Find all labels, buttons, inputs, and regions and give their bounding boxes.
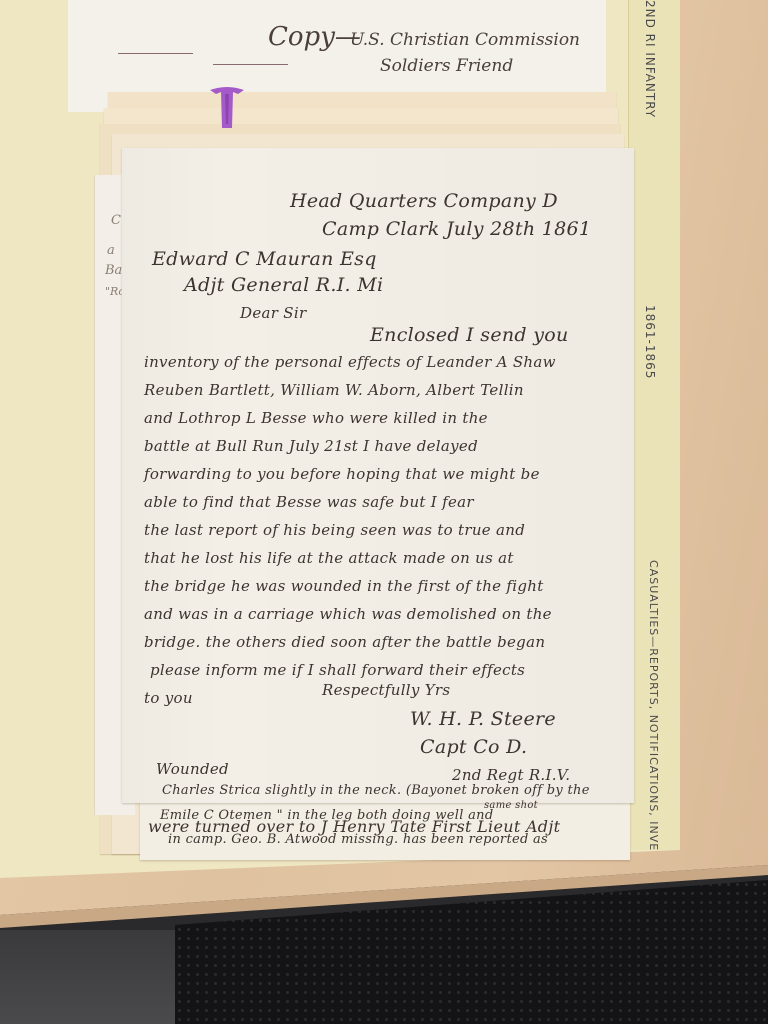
- folder-label-years: 1861-1865: [643, 305, 657, 379]
- letter-signature-rank: Capt Co D.: [420, 736, 527, 758]
- letter-body-line: battle at Bull Run July 21st I have dela…: [144, 437, 478, 455]
- paper-clip-icon: [208, 86, 246, 130]
- side-mark: Ba: [105, 263, 122, 278]
- copy-heading-line2: Soldiers Friend: [380, 56, 513, 76]
- folder-label-unit: 2ND RI INFANTRY: [643, 0, 657, 118]
- copy-heading-line1: U.S. Christian Commission: [350, 30, 580, 50]
- postscript-line: in camp. Geo. B. Atwood missing. has bee…: [168, 832, 548, 847]
- letter-body-line: and was in a carriage which was demolish…: [144, 605, 552, 623]
- letter-header-line2: Camp Clark July 28th 1861: [322, 218, 591, 240]
- letter-addressee-line2: Adjt General R.I. Mi: [184, 274, 383, 296]
- letter-body-line: forwarding to you before hoping that we …: [144, 465, 540, 483]
- letter-body-line: bridge. the others died soon after the b…: [144, 633, 545, 651]
- letter-body-line: please inform me if I shall forward thei…: [150, 661, 525, 679]
- postscript-heading: Wounded: [156, 760, 229, 778]
- letter-salutation: Dear Sir: [240, 304, 306, 322]
- letter-body-line: the last report of his being seen was to…: [144, 521, 525, 539]
- letter-closing: Respectfully Yrs: [322, 681, 450, 699]
- copy-mark: Copy—: [268, 22, 361, 52]
- handwritten-letter: Head Quarters Company D Camp Clark July …: [122, 148, 634, 803]
- side-mark: a: [107, 243, 115, 258]
- postscript-line: Emile C Otemen " in the leg both doing w…: [160, 808, 493, 823]
- letter-signature-unit: 2nd Regt R.I.V.: [452, 766, 570, 784]
- letter-body-line: able to find that Besse was safe but I f…: [144, 493, 474, 511]
- letter-signature-name: W. H. P. Steere: [410, 708, 556, 730]
- floor: [0, 930, 175, 1024]
- letter-body-line: Reuben Bartlett, William W. Aborn, Alber…: [144, 381, 524, 399]
- postscript-line: Charles Strica slightly in the neck. (Ba…: [162, 783, 590, 798]
- letter-body-line: inventory of the personal effects of Lea…: [144, 353, 556, 371]
- underlying-letter-bottom: were turned over to J Henry Tate First L…: [140, 795, 630, 860]
- side-mark: C: [111, 213, 121, 228]
- letter-body-line: and Lothrop L Besse who were killed in t…: [144, 409, 488, 427]
- underline: [213, 64, 288, 65]
- underline: [118, 53, 193, 54]
- letter-body-line: the bridge he was wounded in the first o…: [144, 577, 544, 595]
- letter-body-line: Enclosed I send you: [370, 324, 569, 346]
- letter-header-line1: Head Quarters Company D: [290, 190, 558, 212]
- letter-body-line: to you: [144, 689, 193, 707]
- letter-body-line: that he lost his life at the attack made…: [144, 549, 514, 567]
- folder-tab: 2ND RI INFANTRY 1861-1865 CASUALTIES—REP…: [628, 0, 681, 850]
- letter-addressee-line1: Edward C Mauran Esq: [152, 248, 377, 270]
